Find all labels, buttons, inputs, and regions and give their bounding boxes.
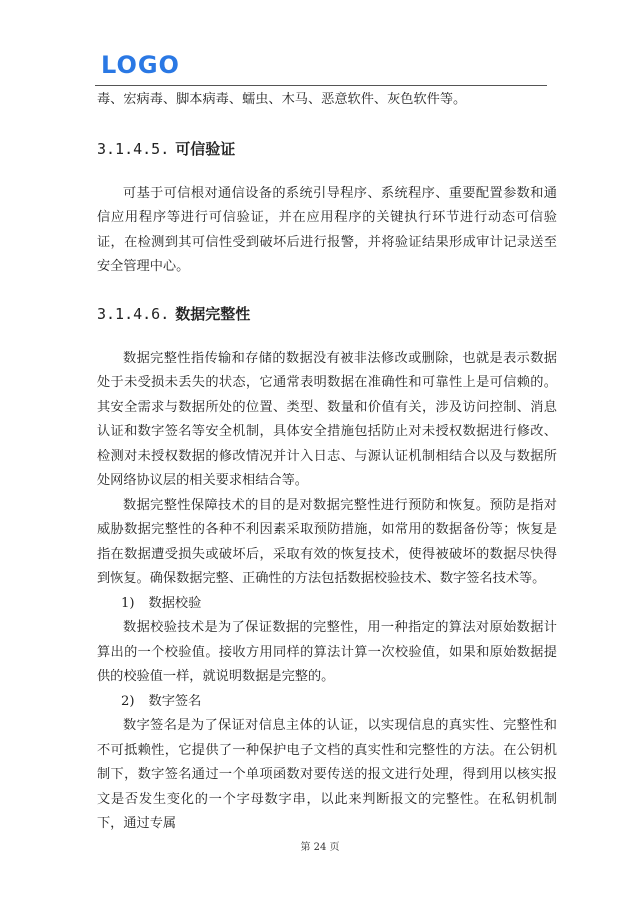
- document-body: 毒、宏病毒、脚本病毒、蠕虫、木马、恶意软件、灰色软件等。 3.1.4.5.可信验…: [97, 88, 557, 837]
- paragraph: 数据完整性保障技术的目的是对数据完整性进行预防和恢复。预防是指对威胁数据完整性的…: [97, 494, 557, 592]
- paragraph: 数据完整性指传输和存储的数据没有被非法修改或删除，也就是表示数据处于未受损未丢失…: [97, 347, 557, 494]
- section-number: 3.1.4.5.: [97, 140, 169, 158]
- page-number: 第 24 页: [0, 838, 640, 853]
- header-divider: [95, 85, 547, 86]
- paragraph: 数字签名是为了保证对信息主体的认证，以实现信息的真实性、完整性和不可抵赖性，它提…: [97, 714, 557, 837]
- list-item-digital-signature: 2)数字签名: [97, 690, 557, 715]
- logo: LOGO: [101, 52, 180, 78]
- section-heading-data-integrity: 3.1.4.6.数据完整性: [97, 303, 557, 325]
- section-title: 数据完整性: [175, 305, 250, 323]
- section-heading-trusted-verification: 3.1.4.5.可信验证: [97, 138, 557, 160]
- paragraph: 数据校验技术是为了保证数据的完整性，用一种指定的算法对原始数据计算出的一个校验值…: [97, 616, 557, 690]
- paragraph: 可基于可信根对通信设备的系统引导程序、系统程序、重要配置参数和通信应用程序等进行…: [97, 182, 557, 280]
- list-item-checksum: 1)数据校验: [97, 592, 557, 617]
- carry-over-text: 毒、宏病毒、脚本病毒、蠕虫、木马、恶意软件、灰色软件等。: [97, 88, 557, 113]
- section-number: 3.1.4.6.: [97, 305, 169, 323]
- section-title: 可信验证: [175, 140, 235, 158]
